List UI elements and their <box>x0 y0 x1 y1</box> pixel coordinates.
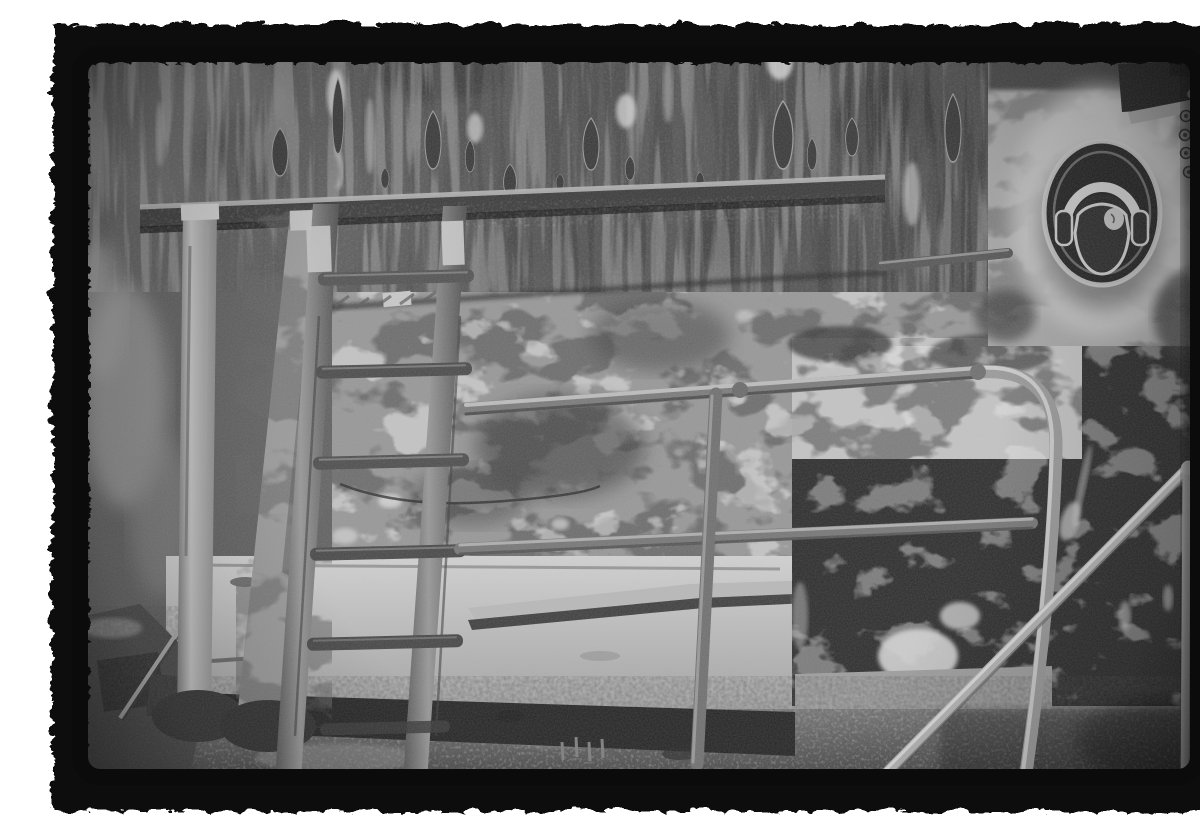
vignette <box>84 56 1198 775</box>
photograph: Black and white photograph of a derelict… <box>40 16 1200 815</box>
photo-content <box>40 26 1200 812</box>
